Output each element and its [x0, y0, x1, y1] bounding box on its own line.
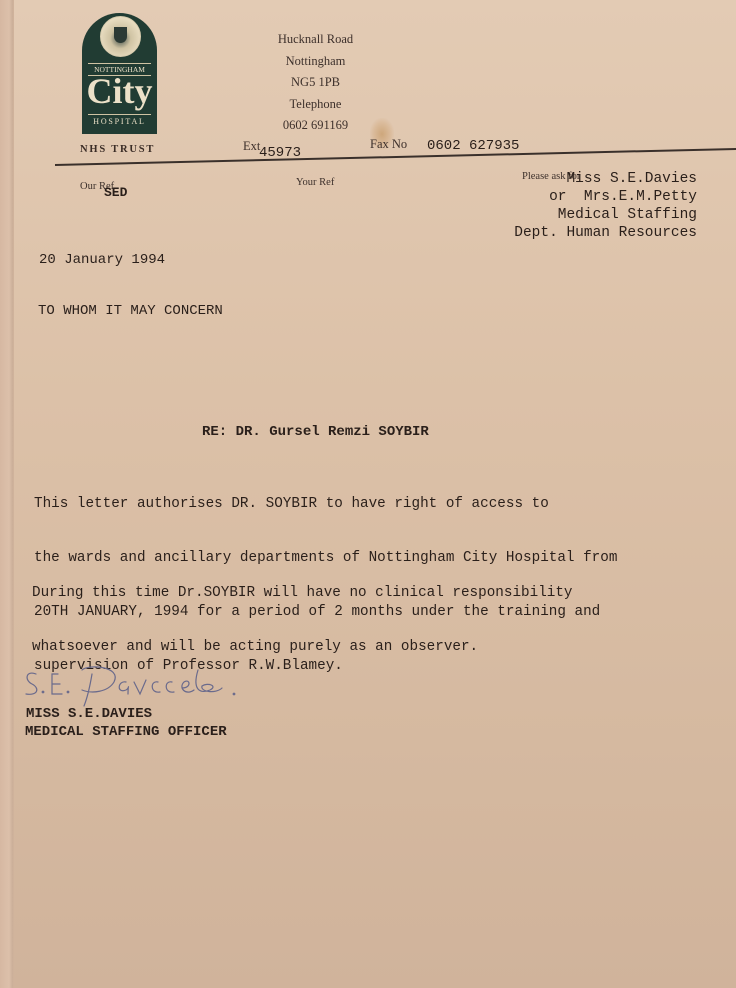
coat-of-arms-icon	[100, 16, 141, 57]
letter-date: 20 January 1994	[39, 252, 165, 268]
logo-bottom-text: HOSPITAL	[82, 117, 157, 126]
nhs-trust-label: NHS TRUST	[80, 144, 155, 155]
address-line: 0602 691169	[268, 116, 363, 138]
our-ref-value: SED	[104, 185, 127, 200]
body-paragraph-2: During this time Dr.SOYBIR will have no …	[32, 548, 573, 674]
contact-block: Miss S.E.Davies or Mrs.E.M.Petty Medical…	[482, 170, 697, 242]
fax-label: Fax No	[370, 137, 407, 152]
logo-rule-bottom	[88, 114, 151, 115]
fax-value: 0602 627935	[427, 138, 519, 154]
signatory-name: MISS S.E.DAVIES	[26, 706, 152, 722]
body-line: During this time Dr.SOYBIR will have no …	[32, 584, 573, 602]
signatory-title: MEDICAL STAFFING OFFICER	[25, 724, 227, 740]
contact-line: Dept. Human Resources	[482, 224, 697, 242]
contact-line: Miss S.E.Davies	[482, 170, 697, 188]
logo-rule-top	[88, 63, 151, 64]
logo-main-text: City	[82, 71, 157, 111]
ext-label: Ext	[243, 139, 260, 154]
hospital-logo: NOTTINGHAM City HOSPITAL	[82, 13, 157, 134]
hospital-address: Hucknall Road Nottingham NG5 1PB Telepho…	[268, 30, 363, 138]
body-line: whatsoever and will be acting purely as …	[32, 638, 573, 656]
contact-line: Medical Staffing	[482, 206, 697, 224]
contact-line: or Mrs.E.M.Petty	[482, 188, 697, 206]
paper-edge	[0, 0, 14, 988]
your-ref-label: Your Ref	[296, 177, 334, 188]
address-line: Nottingham	[268, 52, 363, 74]
salutation: TO WHOM IT MAY CONCERN	[38, 303, 223, 319]
address-line: Telephone	[268, 95, 363, 117]
address-line: NG5 1PB	[268, 73, 363, 95]
address-line: Hucknall Road	[268, 30, 363, 52]
body-line: This letter authorises DR. SOYBIR to hav…	[34, 495, 617, 513]
subject-line: RE: DR. Gursel Remzi SOYBIR	[202, 424, 429, 440]
